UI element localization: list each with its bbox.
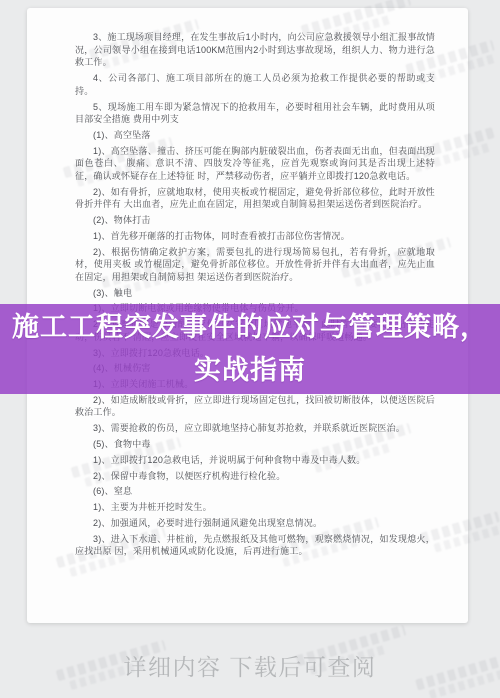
doc-paragraph: (1)、高空坠落 (75, 129, 435, 142)
doc-paragraph: (5)、食物中毒 (75, 438, 435, 451)
doc-paragraph: 1)、首先移开砸落的打击物体，同时查看被打击部位伤害情况。 (75, 230, 435, 243)
doc-paragraph: 2)、加强通风，必要时进行强制通风避免出现窒息情况。 (75, 517, 435, 530)
document-title-line2: 实战指南 (194, 355, 306, 385)
title-banner: 施工工程突发事件的应对与管理策略， 实战指南 (0, 304, 500, 394)
doc-paragraph: 2)、根据伤情确定救护方案，需要包扎的进行现场简易包扎，若有骨折，应就地取材，使… (75, 246, 435, 284)
doc-paragraph: (2)、物体打击 (75, 214, 435, 227)
document-title: 施工工程突发事件的应对与管理策略， 实战指南 (0, 306, 500, 392)
doc-paragraph: 2)、如有骨折，应就地取材，使用夹板或竹棍固定，避免骨折部位移位，此时开放性骨折… (75, 186, 435, 211)
doc-paragraph: 1)、高空坠落、撞击、挤压可能在胸部内脏破裂出血，伤者表面无出血，但表面出现面色… (75, 145, 435, 183)
doc-paragraph: 3)、进入下水道、井桩前，先点燃报纸及其他可燃物，观察燃烧情况，如发现熄火，应找… (75, 533, 435, 558)
doc-paragraph: 5、现场施工用车即为紧急情况下的抢救用车，必要时租用社会车辆，此时费用从项目部安… (75, 101, 435, 126)
document-content: 3、施工现场项目经理，在发生事故后1小时内，向公司应急救援领导小组汇报事故情况，… (27, 8, 468, 561)
doc-paragraph: 1)、主要为井桩开挖时发生。 (75, 501, 435, 514)
doc-paragraph: 3、施工现场项目经理，在发生事故后1小时内，向公司应急救援领导小组汇报事故情况，… (75, 31, 435, 69)
doc-paragraph: 1)、立即拨打120急救电话，并说明属于何种食物中毒及中毒人数。 (75, 454, 435, 467)
doc-paragraph: 4、公司各部门、施工项目部所在的施工人员必须为抢救工作提供必要的帮助或支持。 (75, 72, 435, 97)
doc-paragraph: 2)、保留中毒食物，以便医疗机构进行检化验。 (75, 470, 435, 483)
doc-paragraph: (6)、窒息 (75, 485, 435, 498)
doc-paragraph: 3)、需要抢救的伤员，应立即就地坚持心肺复苏抢救，并联系就近医院医治。 (75, 422, 435, 435)
document-title-line1: 施工工程突发事件的应对与管理策略， (12, 312, 488, 342)
footer-caption: 详细内容 下载后可查阅 (0, 652, 500, 682)
screenshot-root: 3、施工现场项目经理，在发生事故后1小时内，向公司应急救援领导小组汇报事故情况，… (0, 0, 500, 698)
doc-paragraph: (3)、触电 (75, 287, 435, 300)
doc-paragraph: 2)、如造成断肢或骨折，应立即进行现场固定包扎，找回被切断肢体，以便送医院后救治… (75, 394, 435, 419)
